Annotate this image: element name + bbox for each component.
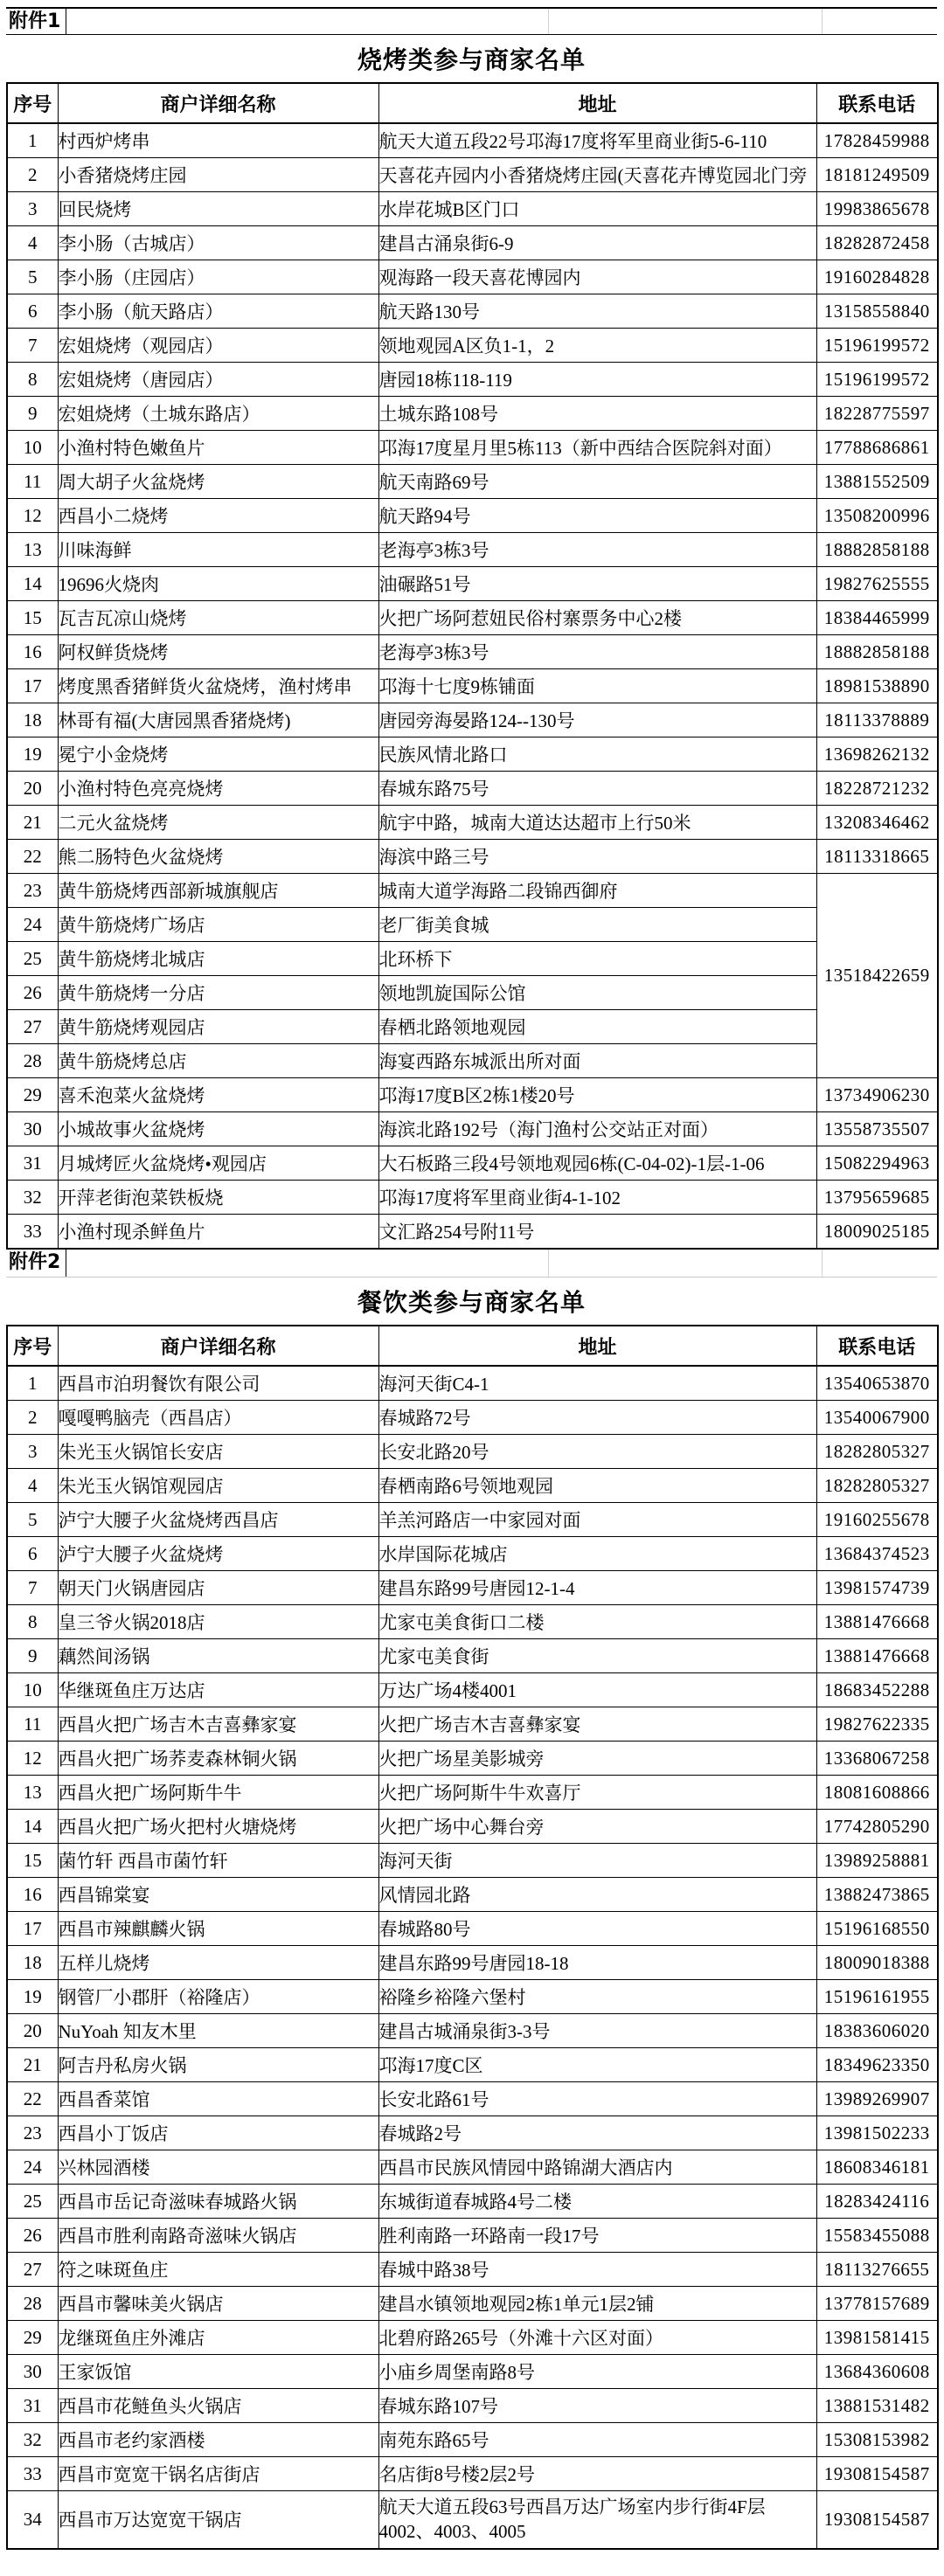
merchant-name-cell: 朱光玉火锅馆观园店 bbox=[58, 1469, 378, 1503]
merchant-phone-cell: 17742805290 bbox=[816, 1810, 938, 1844]
table-row: 17烤度黑香猪鲜货火盆烧烤，渔村烤串邛海十七度9栋铺面18981538890 bbox=[7, 669, 938, 703]
merchant-name-cell: 烤度黑香猪鲜货火盆烧烤，渔村烤串 bbox=[58, 669, 378, 703]
table-row: 11西昌火把广场吉木吉喜彝家宴火把广场吉木吉喜彝家宴19827622335 bbox=[7, 1707, 938, 1742]
document-page: 附件1 烧烤类参与商家名单 序号 商户详细名称 地址 联系电话 1村西炉烤串航天… bbox=[0, 0, 944, 2576]
merchant-address-cell: 春城路80号 bbox=[378, 1912, 816, 1946]
merchant-phone-cell: 18283424116 bbox=[816, 2185, 938, 2219]
table-row: 30王家饭馆小庙乡周堡南路8号13684360608 bbox=[7, 2355, 938, 2389]
merchant-address-cell: 航天南路69号 bbox=[378, 465, 816, 499]
merchant-name-cell: 小香猪烧烤庄园 bbox=[58, 158, 378, 192]
merchant-address-cell: 火把广场阿惹妞民俗村寨票务中心2楼 bbox=[378, 601, 816, 635]
merchant-phone-cell: 13778157689 bbox=[816, 2287, 938, 2321]
row-number-cell: 17 bbox=[7, 1912, 58, 1946]
merchant-address-cell: 羊羔河路店一中家园对面 bbox=[378, 1503, 816, 1537]
row-number-cell: 7 bbox=[7, 329, 58, 363]
merchant-name-cell: 阿权鲜货烧烤 bbox=[58, 635, 378, 669]
row-number-cell: 29 bbox=[7, 1078, 58, 1112]
merchant-address-cell: 建昌古城涌泉街3-3号 bbox=[378, 2014, 816, 2048]
merchant-address-cell: 长安北路61号 bbox=[378, 2082, 816, 2116]
row-number-cell: 21 bbox=[7, 2048, 58, 2082]
table-row: 1村西炉烤串航天大道五段22号邛海17度将军里商业街5-6-1101782845… bbox=[7, 123, 938, 158]
merchant-phone-cell: 19160284828 bbox=[816, 260, 938, 294]
column-header-phone: 联系电话 bbox=[816, 83, 938, 123]
row-number-cell: 10 bbox=[7, 1673, 58, 1707]
merchant-address-cell: 春栖北路领地观园 bbox=[378, 1010, 816, 1044]
table-row: 10小渔村特色嫩鱼片邛海17度星月里5栋113（新中西结合医院斜对面）17788… bbox=[7, 431, 938, 465]
row-number-cell: 23 bbox=[7, 874, 58, 908]
merchant-address-cell: 火把广场星美影城旁 bbox=[378, 1742, 816, 1776]
merchant-phone-cell: 18282805327 bbox=[816, 1435, 938, 1469]
merchant-name-cell: 19696火烧肉 bbox=[58, 567, 378, 601]
table-row: 6泸宁大腰子火盆烧烤水岸国际花城店13684374523 bbox=[7, 1537, 938, 1571]
table-row: 15瓦吉瓦凉山烧烤火把广场阿惹妞民俗村寨票务中心2楼18384465999 bbox=[7, 601, 938, 635]
merchant-name-cell: 朝天门火锅唐园店 bbox=[58, 1571, 378, 1605]
row-number-cell: 2 bbox=[7, 158, 58, 192]
merchant-name-cell: 小渔村特色亮亮烧烤 bbox=[58, 772, 378, 806]
merchant-name-cell: 宏姐烧烤（观园店） bbox=[58, 329, 378, 363]
table-row: 16西昌锦棠宴风情园北路13882473865 bbox=[7, 1878, 938, 1912]
table-2-body: 1西昌市泊玥餐饮有限公司海河天街C4-1135406538702嘎嘎鸭脑壳（西昌… bbox=[7, 1366, 938, 2549]
merchant-name-cell: 李小肠（庄园店） bbox=[58, 260, 378, 294]
merchant-name-cell: 西昌火把广场阿斯牛牛 bbox=[58, 1776, 378, 1810]
table-row: 28西昌市馨味美火锅店建昌水镇领地观园2栋1单元1层2铺13778157689 bbox=[7, 2287, 938, 2321]
merchant-name-cell: 藕然间汤锅 bbox=[58, 1639, 378, 1673]
merchant-phone-cell: 13734906230 bbox=[816, 1078, 938, 1112]
merchant-address-cell: 水岸花城B区门口 bbox=[378, 192, 816, 226]
row-number-cell: 15 bbox=[7, 601, 58, 635]
row-number-cell: 3 bbox=[7, 192, 58, 226]
row-number-cell: 11 bbox=[7, 1707, 58, 1742]
merchant-address-cell: 春城东路107号 bbox=[378, 2389, 816, 2423]
row-number-cell: 5 bbox=[7, 260, 58, 294]
merchant-phone-cell: 13989269907 bbox=[816, 2082, 938, 2116]
row-number-cell: 12 bbox=[7, 499, 58, 533]
merchant-address-cell: 邛海17度B区2栋1楼20号 bbox=[378, 1078, 816, 1112]
merchant-phone-cell: 18882858188 bbox=[816, 533, 938, 567]
merchant-address-cell: 北碧府路265号（外滩十六区对面） bbox=[378, 2321, 816, 2355]
row-number-cell: 1 bbox=[7, 123, 58, 158]
row-number-cell: 12 bbox=[7, 1742, 58, 1776]
merchant-phone-cell: 18009018388 bbox=[816, 1946, 938, 1980]
table-row: 23黄牛筋烧烤西部新城旗舰店城南大道学海路二段锦西御府13518422659 bbox=[7, 874, 938, 908]
table-row: 24兴林园酒楼西昌市民族风情园中路锦湖大酒店内18608346181 bbox=[7, 2150, 938, 2185]
table-row: 1419696火烧肉油碾路51号19827625555 bbox=[7, 567, 938, 601]
merchant-phone-cell: 18181249509 bbox=[816, 158, 938, 192]
merchant-phone-cell: 13208346462 bbox=[816, 806, 938, 840]
merchant-name-cell: 黄牛筋烧烤总店 bbox=[58, 1044, 378, 1078]
merchant-phone-cell: 17828459988 bbox=[816, 123, 938, 158]
merchant-phone-cell: 13558735507 bbox=[816, 1112, 938, 1146]
merchant-name-cell: 月城烤匠火盆烧烤•观园店 bbox=[58, 1146, 378, 1181]
merchant-address-cell: 文汇路254号附11号 bbox=[378, 1215, 816, 1250]
merchant-name-cell: 开萍老街泡菜铁板烧 bbox=[58, 1181, 378, 1215]
merchant-name-cell: 小城故事火盆烧烤 bbox=[58, 1112, 378, 1146]
merchant-address-cell: 土城东路108号 bbox=[378, 397, 816, 431]
table-row: 18五样儿烧烤建昌东路99号唐园18-1818009018388 bbox=[7, 1946, 938, 1980]
merchant-address-cell: 油碾路51号 bbox=[378, 567, 816, 601]
merchant-address-cell: 观海路一段天喜花博园内 bbox=[378, 260, 816, 294]
table-row: 5泸宁大腰子火盆烧烤西昌店羊羔河路店一中家园对面19160255678 bbox=[7, 1503, 938, 1537]
table-row: 3回民烧烤水岸花城B区门口19983865678 bbox=[7, 192, 938, 226]
merchant-name-cell: 西昌市万达宽宽干锅店 bbox=[58, 2491, 378, 2549]
merchant-phone-cell: 18113378889 bbox=[816, 703, 938, 737]
merchant-address-cell: 风情园北路 bbox=[378, 1878, 816, 1912]
row-number-cell: 16 bbox=[7, 635, 58, 669]
table-row: 34西昌市万达宽宽干锅店航天大道五段63号西昌万达广场室内步行街4F层4002、… bbox=[7, 2491, 938, 2549]
merchant-name-cell: 小渔村特色嫩鱼片 bbox=[58, 431, 378, 465]
table-row: 10华继斑鱼庄万达店万达广场4楼400118683452288 bbox=[7, 1673, 938, 1707]
merchant-name-cell: 李小肠（古城店） bbox=[58, 226, 378, 260]
merchant-phone-cell: 18282805327 bbox=[816, 1469, 938, 1503]
merchant-name-cell: 西昌市辣麒麟火锅 bbox=[58, 1912, 378, 1946]
table-row: 7朝天门火锅唐园店建昌东路99号唐园12-1-413981574739 bbox=[7, 1571, 938, 1605]
row-number-cell: 34 bbox=[7, 2491, 58, 2549]
table-row: 23西昌小丁饭店春城路2号13981502233 bbox=[7, 2116, 938, 2150]
merchant-address-cell: 大石板路三段4号领地观园6栋(C-04-02)-1层-1-06 bbox=[378, 1146, 816, 1181]
row-number-cell: 32 bbox=[7, 1181, 58, 1215]
merchant-address-cell: 老厂街美食城 bbox=[378, 908, 816, 942]
row-number-cell: 25 bbox=[7, 942, 58, 976]
row-number-cell: 28 bbox=[7, 2287, 58, 2321]
table-row: 8皇三爷火锅2018店尤家屯美食街口二楼13881476668 bbox=[7, 1605, 938, 1639]
merchant-phone-cell: 13981502233 bbox=[816, 2116, 938, 2150]
merchant-phone-cell: 18009025185 bbox=[816, 1215, 938, 1250]
table-row: 33西昌市宽宽干锅名店街店名店街8号楼2层2号19308154587 bbox=[7, 2457, 938, 2491]
row-number-cell: 30 bbox=[7, 2355, 58, 2389]
merchant-phone-cell: 15196161955 bbox=[816, 1980, 938, 2014]
merchant-phone-cell: 13881552509 bbox=[816, 465, 938, 499]
column-header-phone: 联系电话 bbox=[816, 1326, 938, 1366]
merchant-address-cell: 胜利南路一环路南一段17号 bbox=[378, 2219, 816, 2253]
table-row: 26黄牛筋烧烤一分店领地凯旋国际公馆 bbox=[7, 976, 938, 1010]
row-number-cell: 4 bbox=[7, 1469, 58, 1503]
merchant-address-cell: 建昌古涌泉街6-9 bbox=[378, 226, 816, 260]
table-row: 31月城烤匠火盆烧烤•观园店大石板路三段4号领地观园6栋(C-04-02)-1层… bbox=[7, 1146, 938, 1181]
merchant-phone-cell: 18384465999 bbox=[816, 601, 938, 635]
row-number-cell: 30 bbox=[7, 1112, 58, 1146]
merchant-phone-cell: 13684360608 bbox=[816, 2355, 938, 2389]
merchant-phone-cell: 19827622335 bbox=[816, 1707, 938, 1742]
merchant-phone-cell: 13989258881 bbox=[816, 1844, 938, 1878]
table-row: 21阿吉丹私房火锅邛海17度C区18349623350 bbox=[7, 2048, 938, 2082]
merchant-phone-cell: 13684374523 bbox=[816, 1537, 938, 1571]
table-row: 28黄牛筋烧烤总店海宴西路东城派出所对面 bbox=[7, 1044, 938, 1078]
merchant-name-cell: 泸宁大腰子火盆烧烤 bbox=[58, 1537, 378, 1571]
merchant-address-cell: 天喜花卉园内小香猪烧烤庄园(天喜花卉博览园北门旁 bbox=[378, 158, 816, 192]
row-number-cell: 20 bbox=[7, 2014, 58, 2048]
merchant-address-cell: 长安北路20号 bbox=[378, 1435, 816, 1469]
row-number-cell: 19 bbox=[7, 737, 58, 772]
table-row: 20小渔村特色亮亮烧烤春城东路75号18228721232 bbox=[7, 772, 938, 806]
row-number-cell: 6 bbox=[7, 1537, 58, 1571]
merchant-phone-cell: 18228775597 bbox=[816, 397, 938, 431]
table-row: 4朱光玉火锅馆观园店春栖南路6号领地观园18282805327 bbox=[7, 1469, 938, 1503]
merchant-address-cell: 唐园旁海晏路124--130号 bbox=[378, 703, 816, 737]
merchant-address-cell: 邛海17度将军里商业街4-1-102 bbox=[378, 1181, 816, 1215]
merchant-phone-cell: 15196168550 bbox=[816, 1912, 938, 1946]
table-row: 8宏姐烧烤（唐园店）唐园18栋118-11915196199572 bbox=[7, 363, 938, 397]
row-number-cell: 7 bbox=[7, 1571, 58, 1605]
merchant-phone-cell: 15308153982 bbox=[816, 2423, 938, 2457]
gridline bbox=[548, 9, 549, 34]
row-number-cell: 21 bbox=[7, 806, 58, 840]
table-1-header: 序号 商户详细名称 地址 联系电话 bbox=[7, 83, 938, 123]
row-number-cell: 28 bbox=[7, 1044, 58, 1078]
merchant-name-cell: 龙继斑鱼庄外滩店 bbox=[58, 2321, 378, 2355]
merchant-phone-cell: 13158558840 bbox=[816, 294, 938, 329]
merchant-phone-cell: 15196199572 bbox=[816, 363, 938, 397]
merchant-phone-cell: 13881476668 bbox=[816, 1639, 938, 1673]
merchant-name-cell: 西昌香菜馆 bbox=[58, 2082, 378, 2116]
merchant-phone-cell: 15082294963 bbox=[816, 1146, 938, 1181]
attachment-1-row: 附件1 bbox=[6, 7, 937, 35]
merchant-address-cell: 海滨北路192号（海门渔村公交站正对面） bbox=[378, 1112, 816, 1146]
gridline bbox=[822, 9, 823, 34]
merchant-phone-cell: 13540653870 bbox=[816, 1366, 938, 1401]
merchant-name-cell: 宏姐烧烤（土城东路店） bbox=[58, 397, 378, 431]
gridline bbox=[822, 1250, 823, 1277]
merchant-phone-cell: 19983865678 bbox=[816, 192, 938, 226]
table-1-title: 烧烤类参与商家名单 bbox=[6, 35, 937, 82]
table-row: 33小渔村现杀鲜鱼片文汇路254号附11号18009025185 bbox=[7, 1215, 938, 1250]
merchant-phone-cell: 18282872458 bbox=[816, 226, 938, 260]
merchant-name-cell: 瓦吉瓦凉山烧烤 bbox=[58, 601, 378, 635]
table-row: 22西昌香菜馆长安北路61号13989269907 bbox=[7, 2082, 938, 2116]
table-row: 16阿权鲜货烧烤老海亭3栋3号18882858188 bbox=[7, 635, 938, 669]
merchant-address-cell: 航天大道五段63号西昌万达广场室内步行街4F层4002、4003、4005 bbox=[378, 2491, 816, 2549]
merchant-name-cell: 西昌市老约家酒楼 bbox=[58, 2423, 378, 2457]
merchant-address-cell: 航天路94号 bbox=[378, 499, 816, 533]
merchant-name-cell: 川味海鲜 bbox=[58, 533, 378, 567]
merchant-phone-cell: 19308154587 bbox=[816, 2491, 938, 2549]
merchant-address-cell: 火把广场中心舞台旁 bbox=[378, 1810, 816, 1844]
row-number-cell: 17 bbox=[7, 669, 58, 703]
merchant-name-cell: 符之味斑鱼庄 bbox=[58, 2253, 378, 2287]
merchant-name-cell: 黄牛筋烧烤观园店 bbox=[58, 1010, 378, 1044]
table-row: 19钢管厂小郡肝（裕隆店）裕隆乡裕隆六堡村15196161955 bbox=[7, 1980, 938, 2014]
merchant-address-cell: 小庙乡周堡南路8号 bbox=[378, 2355, 816, 2389]
merchant-phone-cell: 13881476668 bbox=[816, 1605, 938, 1639]
merchant-name-cell: 黄牛筋烧烤北城店 bbox=[58, 942, 378, 976]
merchant-name-cell: 李小肠（航天路店） bbox=[58, 294, 378, 329]
table-row: 27符之味斑鱼庄春城中路38号18113276655 bbox=[7, 2253, 938, 2287]
table-row: 17西昌市辣麒麟火锅春城路80号15196168550 bbox=[7, 1912, 938, 1946]
table-row: 32开萍老街泡菜铁板烧邛海17度将军里商业街4-1-10213795659685 bbox=[7, 1181, 938, 1215]
merchant-phone-cell: 18113276655 bbox=[816, 2253, 938, 2287]
row-number-cell: 27 bbox=[7, 1010, 58, 1044]
column-header-name: 商户详细名称 bbox=[58, 83, 378, 123]
merchant-phone-cell: 13368067258 bbox=[816, 1742, 938, 1776]
document-content: 附件1 烧烤类参与商家名单 序号 商户详细名称 地址 联系电话 1村西炉烤串航天… bbox=[6, 7, 937, 2550]
merchant-address-cell: 航宇中路，城南大道达达超市上行50米 bbox=[378, 806, 816, 840]
column-header-num: 序号 bbox=[7, 83, 58, 123]
merchant-phone-cell: 13508200996 bbox=[816, 499, 938, 533]
row-number-cell: 33 bbox=[7, 1215, 58, 1250]
merchant-address-cell: 老海亭3栋3号 bbox=[378, 635, 816, 669]
row-number-cell: 27 bbox=[7, 2253, 58, 2287]
merchant-address-cell: 邛海17度星月里5栋113（新中西结合医院斜对面） bbox=[378, 431, 816, 465]
merchant-name-cell: 五样儿烧烤 bbox=[58, 1946, 378, 1980]
row-number-cell: 8 bbox=[7, 1605, 58, 1639]
merchant-name-cell: 西昌市馨味美火锅店 bbox=[58, 2287, 378, 2321]
table-row: 19冕宁小金烧烤民族风情北路口13698262132 bbox=[7, 737, 938, 772]
merchant-name-cell: 西昌市胜利南路奇滋味火锅店 bbox=[58, 2219, 378, 2253]
merchant-address-cell: 海滨中路三号 bbox=[378, 840, 816, 874]
merchant-phone-cell: 18113318665 bbox=[816, 840, 938, 874]
merchant-phone-cell: 15196199572 bbox=[816, 329, 938, 363]
row-number-cell: 18 bbox=[7, 703, 58, 737]
merchant-address-cell: 西昌市民族风情园中路锦湖大酒店内 bbox=[378, 2150, 816, 2185]
table-row: 25黄牛筋烧烤北城店北环桥下 bbox=[7, 942, 938, 976]
merchant-address-cell: 民族风情北路口 bbox=[378, 737, 816, 772]
table-row: 31西昌市花鲢鱼头火锅店春城东路107号13881531482 bbox=[7, 2389, 938, 2423]
merchant-phone-cell: 13881531482 bbox=[816, 2389, 938, 2423]
row-number-cell: 13 bbox=[7, 1776, 58, 1810]
merchant-name-cell: 西昌小丁饭店 bbox=[58, 2116, 378, 2150]
table-2-header: 序号 商户详细名称 地址 联系电话 bbox=[7, 1326, 938, 1366]
merchant-address-cell: 尤家屯美食街 bbox=[378, 1639, 816, 1673]
gridline bbox=[548, 1250, 549, 1277]
merchant-name-cell: NuYoah 知友木里 bbox=[58, 2014, 378, 2048]
row-number-cell: 24 bbox=[7, 2150, 58, 2185]
merchant-name-cell: 熊二肠特色火盆烧烤 bbox=[58, 840, 378, 874]
merchant-phone-cell: 18608346181 bbox=[816, 2150, 938, 2185]
merchant-address-cell: 春城中路38号 bbox=[378, 2253, 816, 2287]
merchant-phone-cell: 18383606020 bbox=[816, 2014, 938, 2048]
table-row: 13川味海鲜老海亭3栋3号18882858188 bbox=[7, 533, 938, 567]
row-number-cell: 2 bbox=[7, 1401, 58, 1435]
merchant-address-cell: 海宴西路东城派出所对面 bbox=[378, 1044, 816, 1078]
column-header-address: 地址 bbox=[378, 1326, 816, 1366]
merchant-address-cell: 火把广场阿斯牛牛欢喜厅 bbox=[378, 1776, 816, 1810]
row-number-cell: 29 bbox=[7, 2321, 58, 2355]
merchant-name-cell: 周大胡子火盆烧烤 bbox=[58, 465, 378, 499]
row-number-cell: 26 bbox=[7, 2219, 58, 2253]
table-row: 30小城故事火盆烧烤海滨北路192号（海门渔村公交站正对面）1355873550… bbox=[7, 1112, 938, 1146]
merchant-address-cell: 建昌水镇领地观园2栋1单元1层2铺 bbox=[378, 2287, 816, 2321]
merchant-address-cell: 水岸国际花城店 bbox=[378, 1537, 816, 1571]
row-number-cell: 22 bbox=[7, 2082, 58, 2116]
attachment-2-label: 附件2 bbox=[6, 1250, 66, 1277]
merchant-name-cell: 朱光玉火锅馆长安店 bbox=[58, 1435, 378, 1469]
merchant-address-cell: 建昌东路99号唐园12-1-4 bbox=[378, 1571, 816, 1605]
merchant-phone-cell: 19160255678 bbox=[816, 1503, 938, 1537]
row-number-cell: 25 bbox=[7, 2185, 58, 2219]
row-number-cell: 26 bbox=[7, 976, 58, 1010]
merchant-name-cell: 华继斑鱼庄万达店 bbox=[58, 1673, 378, 1707]
row-number-cell: 10 bbox=[7, 431, 58, 465]
merchant-phone-cell: 13518422659 bbox=[816, 874, 938, 1078]
merchant-name-cell: 宏姐烧烤（唐园店） bbox=[58, 363, 378, 397]
merchant-name-cell: 阿吉丹私房火锅 bbox=[58, 2048, 378, 2082]
merchant-address-cell: 名店街8号楼2层2号 bbox=[378, 2457, 816, 2491]
merchant-address-cell: 邛海17度C区 bbox=[378, 2048, 816, 2082]
row-number-cell: 23 bbox=[7, 2116, 58, 2150]
merchant-address-cell: 海河天街C4-1 bbox=[378, 1366, 816, 1401]
table-row: 13西昌火把广场阿斯牛牛火把广场阿斯牛牛欢喜厅18081608866 bbox=[7, 1776, 938, 1810]
table-row: 5李小肠（庄园店）观海路一段天喜花博园内19160284828 bbox=[7, 260, 938, 294]
merchant-phone-cell: 15583455088 bbox=[816, 2219, 938, 2253]
row-number-cell: 11 bbox=[7, 465, 58, 499]
table-row: 14西昌火把广场火把村火塘烧烤火把广场中心舞台旁17742805290 bbox=[7, 1810, 938, 1844]
merchant-address-cell: 火把广场吉木吉喜彝家宴 bbox=[378, 1707, 816, 1742]
merchant-phone-cell: 18882858188 bbox=[816, 635, 938, 669]
merchant-phone-cell: 18981538890 bbox=[816, 669, 938, 703]
merchant-phone-cell: 13540067900 bbox=[816, 1401, 938, 1435]
merchant-address-cell: 建昌东路99号唐园18-18 bbox=[378, 1946, 816, 1980]
table-row: 26西昌市胜利南路奇滋味火锅店胜利南路一环路南一段17号15583455088 bbox=[7, 2219, 938, 2253]
merchant-name-cell: 西昌火把广场吉木吉喜彝家宴 bbox=[58, 1707, 378, 1742]
table-row: 2嘎嘎鸭脑壳（西昌店）春城路72号13540067900 bbox=[7, 1401, 938, 1435]
merchant-name-cell: 菌竹轩 西昌市菌竹轩 bbox=[58, 1844, 378, 1878]
merchant-name-cell: 黄牛筋烧烤西部新城旗舰店 bbox=[58, 874, 378, 908]
merchant-name-cell: 泸宁大腰子火盆烧烤西昌店 bbox=[58, 1503, 378, 1537]
merchant-name-cell: 黄牛筋烧烤广场店 bbox=[58, 908, 378, 942]
row-number-cell: 1 bbox=[7, 1366, 58, 1401]
merchant-address-cell: 春城东路75号 bbox=[378, 772, 816, 806]
merchant-name-cell: 西昌市岳记奇滋味春城路火锅 bbox=[58, 2185, 378, 2219]
row-number-cell: 13 bbox=[7, 533, 58, 567]
merchant-phone-cell: 13981581415 bbox=[816, 2321, 938, 2355]
merchant-phone-cell: 13795659685 bbox=[816, 1181, 938, 1215]
merchant-name-cell: 西昌市宽宽干锅名店街店 bbox=[58, 2457, 378, 2491]
row-number-cell: 5 bbox=[7, 1503, 58, 1537]
table-row: 1西昌市泊玥餐饮有限公司海河天街C4-113540653870 bbox=[7, 1366, 938, 1401]
merchant-name-cell: 小渔村现杀鲜鱼片 bbox=[58, 1215, 378, 1250]
table-row: 24黄牛筋烧烤广场店老厂街美食城 bbox=[7, 908, 938, 942]
row-number-cell: 22 bbox=[7, 840, 58, 874]
table-row: 4李小肠（古城店）建昌古涌泉街6-918282872458 bbox=[7, 226, 938, 260]
row-number-cell: 3 bbox=[7, 1435, 58, 1469]
merchant-name-cell: 林哥有福(大唐园黑香猪烧烤) bbox=[58, 703, 378, 737]
row-number-cell: 4 bbox=[7, 226, 58, 260]
merchant-address-cell: 邛海十七度9栋铺面 bbox=[378, 669, 816, 703]
table-row: 12西昌火把广场荞麦森林铜火锅火把广场星美影城旁13368067258 bbox=[7, 1742, 938, 1776]
row-number-cell: 32 bbox=[7, 2423, 58, 2457]
table-row: 11周大胡子火盆烧烤航天南路69号13881552509 bbox=[7, 465, 938, 499]
merchant-address-cell: 海河天街 bbox=[378, 1844, 816, 1878]
column-header-address: 地址 bbox=[378, 83, 816, 123]
merchant-address-cell: 领地凯旋国际公馆 bbox=[378, 976, 816, 1010]
row-number-cell: 9 bbox=[7, 397, 58, 431]
table-1-body: 1村西炉烤串航天大道五段22号邛海17度将军里商业街5-6-1101782845… bbox=[7, 123, 938, 1249]
merchant-name-cell: 冕宁小金烧烤 bbox=[58, 737, 378, 772]
merchant-name-cell: 西昌锦棠宴 bbox=[58, 1878, 378, 1912]
merchant-name-cell: 喜禾泡菜火盆烧烤 bbox=[58, 1078, 378, 1112]
merchant-phone-cell: 17788686861 bbox=[816, 431, 938, 465]
row-number-cell: 33 bbox=[7, 2457, 58, 2491]
table-2-title: 餐饮类参与商家名单 bbox=[6, 1278, 937, 1325]
merchant-phone-cell: 18081608866 bbox=[816, 1776, 938, 1810]
table-row: 6李小肠（航天路店）航天路130号13158558840 bbox=[7, 294, 938, 329]
merchant-address-cell: 春城路72号 bbox=[378, 1401, 816, 1435]
row-number-cell: 9 bbox=[7, 1639, 58, 1673]
table-row: 9宏姐烧烤（土城东路店）土城东路108号18228775597 bbox=[7, 397, 938, 431]
merchant-phone-cell: 19308154587 bbox=[816, 2457, 938, 2491]
table-row: 3朱光玉火锅馆长安店长安北路20号18282805327 bbox=[7, 1435, 938, 1469]
row-number-cell: 16 bbox=[7, 1878, 58, 1912]
table-row: 32西昌市老约家酒楼南苑东路65号15308153982 bbox=[7, 2423, 938, 2457]
merchant-address-cell: 裕隆乡裕隆六堡村 bbox=[378, 1980, 816, 2014]
merchant-address-cell: 老海亭3栋3号 bbox=[378, 533, 816, 567]
merchant-name-cell: 黄牛筋烧烤一分店 bbox=[58, 976, 378, 1010]
merchant-phone-cell: 13981574739 bbox=[816, 1571, 938, 1605]
merchant-name-cell: 兴林园酒楼 bbox=[58, 2150, 378, 2185]
merchant-address-cell: 北环桥下 bbox=[378, 942, 816, 976]
table-row: 21二元火盆烧烤航宇中路，城南大道达达超市上行50米13208346462 bbox=[7, 806, 938, 840]
row-number-cell: 18 bbox=[7, 1946, 58, 1980]
row-number-cell: 6 bbox=[7, 294, 58, 329]
